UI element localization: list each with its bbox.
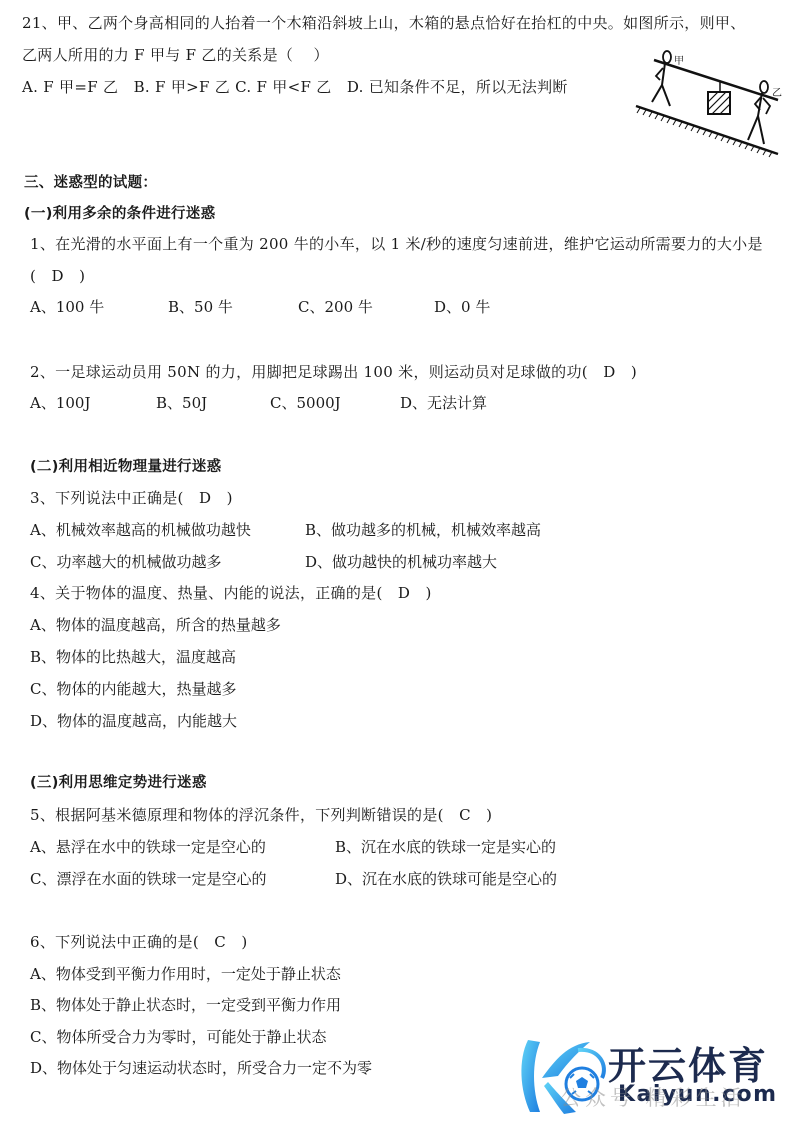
q21-stem-line1: 21、甲、乙两个身高相同的人抬着一个木箱沿斜坡上山，木箱的悬点恰好在抬杠的中央。… bbox=[22, 13, 746, 33]
q1-stem: 1、在光滑的水平面上有一个重为 200 牛的小车，以 1 米/秒的速度匀速前进，… bbox=[30, 234, 763, 254]
q5-option-c: C、漂浮在水面的铁球一定是空心的 bbox=[30, 869, 266, 889]
subsection-1-title: (一)利用多余的条件进行迷惑 bbox=[24, 204, 215, 224]
q5-option-b: B、沉在水底的铁球一定是实心的 bbox=[335, 837, 556, 857]
q1-answer: ( D ) bbox=[30, 266, 85, 286]
q4-option-c: C、物体的内能越大，热量越多 bbox=[30, 679, 236, 699]
q1-option-a: A、100 牛 bbox=[30, 297, 104, 317]
q1-option-b: B、50 牛 bbox=[168, 297, 233, 317]
q6-option-a: A、物体受到平衡力作用时，一定处于静止状态 bbox=[30, 964, 341, 984]
kaiyun-logo: 开云体育 Kaiyun.com bbox=[510, 1030, 800, 1130]
q3-option-a: A、机械效率越高的机械做功越快 bbox=[30, 520, 251, 540]
incline-carrying-figure: 甲 乙 bbox=[632, 50, 788, 158]
subsection-2-title: (二)利用相近物理量进行迷惑 bbox=[30, 457, 221, 477]
q21-options: A. F 甲=F 乙 B. F 甲>F 乙 C. F 甲<F 乙 D. 已知条件… bbox=[22, 77, 568, 97]
q3-option-b: B、做功越多的机械，机械效率越高 bbox=[305, 520, 541, 540]
q1-option-c: C、200 牛 bbox=[298, 297, 373, 317]
q6-option-d: D、物体处于匀速运动状态时，所受合力一定不为零 bbox=[30, 1058, 372, 1078]
q2-option-a: A、100J bbox=[30, 393, 90, 413]
q4-option-d: D、物体的温度越高，内能越大 bbox=[30, 711, 237, 731]
q21-stem-line2: 乙两人所用的力 F 甲与 F 乙的关系是（ ） bbox=[22, 45, 329, 65]
q4-option-b: B、物体的比热越大，温度越高 bbox=[30, 647, 236, 667]
q6-option-b: B、物体处于静止状态时，一定受到平衡力作用 bbox=[30, 995, 341, 1015]
wechat-watermark: 公众号·精彩生活 bbox=[560, 1082, 746, 1112]
q1-option-d: D、0 牛 bbox=[434, 297, 490, 317]
q2-option-d: D、无法计算 bbox=[400, 393, 487, 413]
q6-option-c: C、物体所受合力为零时，可能处于静止状态 bbox=[30, 1027, 326, 1047]
q3-option-d: D、做功越快的机械功率越大 bbox=[305, 552, 497, 572]
q5-option-a: A、悬浮在水中的铁球一定是空心的 bbox=[30, 837, 266, 857]
q2-option-b: B、50J bbox=[156, 393, 207, 413]
subsection-3-title: (三)利用思维定势进行迷惑 bbox=[30, 773, 207, 793]
section-title: 三、迷惑型的试题： bbox=[24, 173, 157, 193]
q3-option-c: C、功率越大的机械做功越多 bbox=[30, 552, 221, 572]
figure-label-a: 甲 bbox=[674, 55, 684, 67]
q2-option-c: C、5000J bbox=[270, 393, 341, 413]
figure-label-b: 乙 bbox=[772, 87, 782, 99]
q2-stem: 2、一足球运动员用 50N 的力，用脚把足球踢出 100 米，则运动员对足球做的… bbox=[30, 362, 637, 382]
q4-option-a: A、物体的温度越高，所含的热量越多 bbox=[30, 615, 281, 635]
q6-stem: 6、下列说法中正确的是( C ) bbox=[30, 932, 248, 952]
q3-stem: 3、下列说法中正确是( D ) bbox=[30, 488, 233, 508]
q4-stem: 4、关于物体的温度、热量、内能的说法，正确的是( D ) bbox=[30, 583, 432, 603]
q5-stem: 5、根据阿基米德原理和物体的浮沉条件，下列判断错误的是( C ) bbox=[30, 805, 492, 825]
q5-option-d: D、沉在水底的铁球可能是空心的 bbox=[335, 869, 557, 889]
